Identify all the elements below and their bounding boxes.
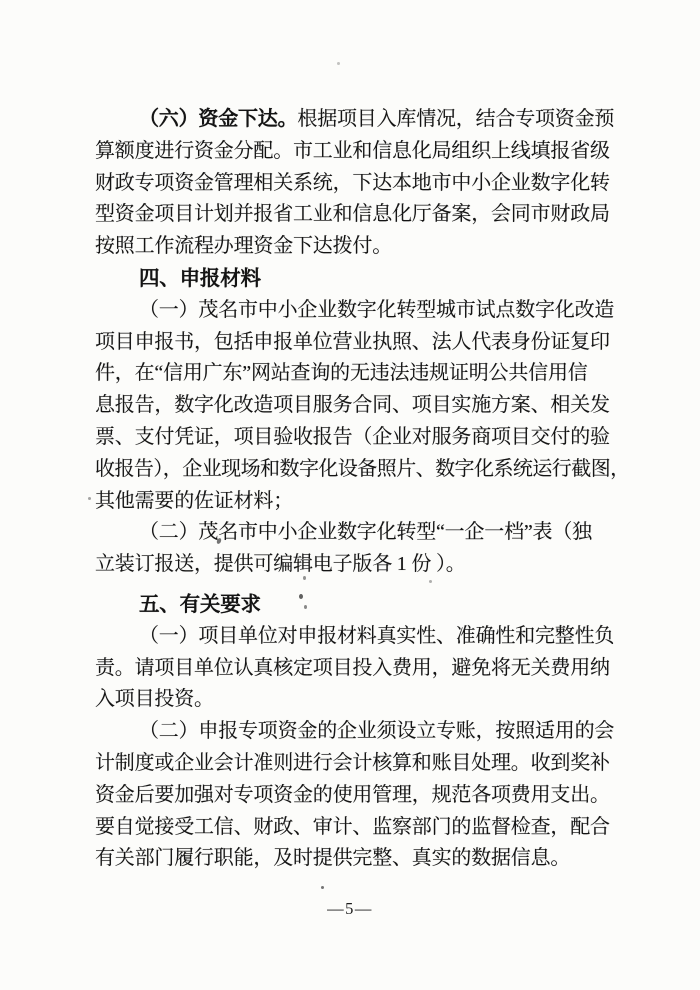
text-run: 件，在“信用广东”网站查询的无违法违规证明公共信用信 (95, 362, 588, 384)
scan-speck (304, 605, 307, 609)
text-line: 有关部门履行职能，及时提供完整、真实的数据信息。 (95, 843, 616, 875)
text-line: 票、支付凭证，项目验收报告（企业对服务商项目交付的验 (95, 422, 616, 454)
text-line: （一）茂名市中小企业数字化转型城市试点数字化改造 (95, 295, 616, 327)
scan-speck (429, 580, 432, 583)
document-body: （六）资金下达。根据项目入库情况，结合专项资金预算额度进行资金分配。市工业和信息… (95, 104, 616, 875)
text-run: 型资金项目计划并报省工业和信息化厅备案，会同市财政局 (95, 203, 610, 225)
scan-speck (299, 594, 303, 599)
bold-text-run: （六）资金下达。 (139, 108, 297, 130)
text-run: 其他需要的佐证材料； (95, 490, 293, 512)
text-line: 入项目投资。 (95, 684, 616, 716)
text-run: 要自觉接受工信、财政、审计、监察部门的监督检查，配合 (95, 816, 610, 838)
text-line: 其他需要的佐证材料； (95, 486, 616, 518)
text-run: 财政专项资金管理相关系统，下达本地市中小企业数字化转 (95, 172, 610, 194)
text-run: 资金后要加强对专项资金的使用管理，规范各项费用支出。 (95, 784, 610, 806)
text-run: 息报告，数字化改造项目服务合同、项目实施方案、相关发 (95, 394, 610, 416)
text-run: 收报告），企业现场和数字化设备照片、数字化系统运行截图， (95, 458, 630, 480)
text-run: 立装订报送，提供可编辑电子版各 1 份 ）。 (95, 553, 466, 575)
text-line: 型资金项目计划并报省工业和信息化厅备案，会同市财政局 (95, 199, 616, 231)
text-run: 项目申报书，包括申报单位营业执照、法人代表身份证复印 (95, 331, 610, 353)
bold-text-run: 五、有关要求 (139, 593, 261, 616)
text-run: 责。请项目单位认真核定项目投入费用，避免将无关费用纳 (95, 657, 610, 679)
text-line: 按照工作流程办理资金下达拨付。 (95, 231, 616, 263)
section-heading: 五、有关要求 (95, 589, 616, 621)
text-run: （一）茂名市中小企业数字化转型城市试点数字化改造 (139, 299, 614, 321)
text-line: 计制度或企业会计准则进行会计核算和账目处理。收到奖补 (95, 748, 616, 780)
text-run: 算额度进行资金分配。市工业和信息化局组织上线填报省级 (95, 140, 610, 162)
text-run: 票、支付凭证，项目验收报告（企业对服务商项目交付的验 (95, 426, 610, 448)
text-line: 件，在“信用广东”网站查询的无违法违规证明公共信用信 (95, 358, 616, 390)
text-line: （二）茂名市中小企业数字化转型“一企一档”表（独 (95, 517, 616, 549)
text-line: （六）资金下达。根据项目入库情况，结合专项资金预 (95, 104, 616, 136)
text-run: 根据项目入库情况，结合专项资金预 (297, 108, 614, 130)
text-run: （二）茂名市中小企业数字化转型“一企一档”表（独 (139, 521, 592, 543)
text-line: 资金后要加强对专项资金的使用管理，规范各项费用支出。 (95, 780, 616, 812)
text-line: （一）项目单位对申报材料真实性、准确性和完整性负 (95, 621, 616, 653)
text-line: 财政专项资金管理相关系统，下达本地市中小企业数字化转 (95, 168, 616, 200)
section-heading: 四、申报材料 (95, 263, 616, 295)
scan-speck (249, 526, 252, 529)
text-run: 入项目投资。 (95, 688, 214, 710)
text-line: 息报告，数字化改造项目服务合同、项目实施方案、相关发 (95, 390, 616, 422)
text-line: 责。请项目单位认真核定项目投入费用，避免将无关费用纳 (95, 653, 616, 685)
document-page: （六）资金下达。根据项目入库情况，结合专项资金预算额度进行资金分配。市工业和信息… (0, 0, 700, 990)
bold-text-run: 四、申报材料 (139, 267, 261, 290)
scan-speck (303, 576, 306, 580)
text-run: 有关部门履行职能，及时提供完整、真实的数据信息。 (95, 847, 570, 869)
scan-speck (88, 497, 91, 500)
text-line: 立装订报送，提供可编辑电子版各 1 份 ）。 (95, 549, 616, 581)
text-run: （二）申报专项资金的企业须设立专账，按照适用的会 (139, 720, 614, 742)
page-number: —5— (0, 899, 700, 919)
text-line: 要自觉接受工信、财政、审计、监察部门的监督检查，配合 (95, 812, 616, 844)
text-line: 收报告），企业现场和数字化设备照片、数字化系统运行截图， (95, 454, 616, 486)
text-run: 按照工作流程办理资金下达拨付。 (95, 235, 392, 257)
scan-speck (321, 886, 324, 889)
text-line: （二）申报专项资金的企业须设立专账，按照适用的会 (95, 716, 616, 748)
text-line: 项目申报书，包括申报单位营业执照、法人代表身份证复印 (95, 327, 616, 359)
text-run: 计制度或企业会计准则进行会计核算和账目处理。收到奖补 (95, 752, 610, 774)
text-line: 算额度进行资金分配。市工业和信息化局组织上线填报省级 (95, 136, 616, 168)
text-run: （一）项目单位对申报材料真实性、准确性和完整性负 (139, 625, 614, 647)
scan-speck (337, 62, 340, 65)
